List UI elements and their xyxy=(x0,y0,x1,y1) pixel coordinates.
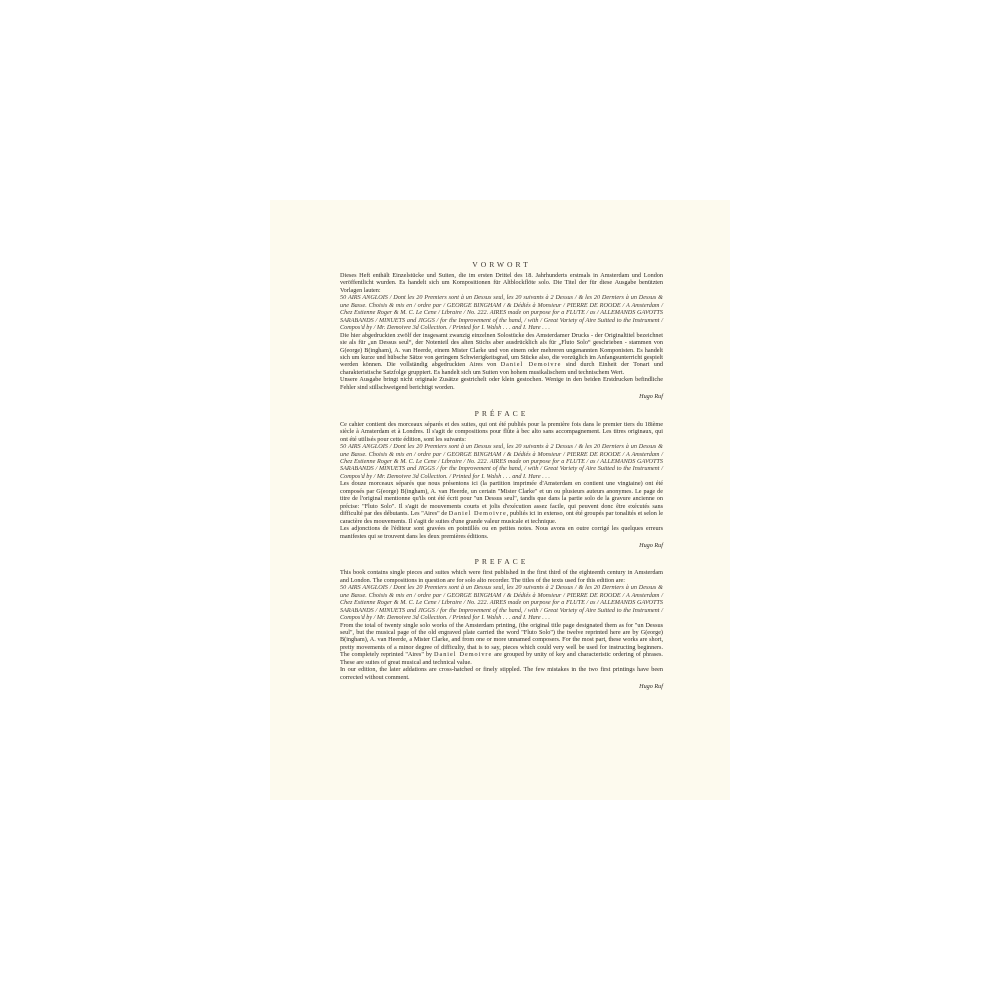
section-preface-en: PREFACE This book contains single pieces… xyxy=(340,557,663,690)
original-titles: 50 AIRS ANGLOIS / Dont les 20 Premiers s… xyxy=(340,443,663,480)
signature: Hugo Ruf xyxy=(340,542,663,549)
original-titles: 50 AIRS ANGLOIS / Dont les 20 Premiers s… xyxy=(340,584,663,621)
intro-paragraph: This book contains single pieces and sui… xyxy=(340,569,663,584)
body-paragraph: Les douze morceaux séparés que nous prés… xyxy=(340,480,663,525)
composer-name: Daniel Demoivre xyxy=(449,510,507,517)
body-paragraph: From the total of twenty single solo wor… xyxy=(340,622,663,667)
signature: Hugo Ruf xyxy=(340,683,663,690)
signature: Hugo Ruf xyxy=(340,393,663,400)
intro-paragraph: Dieses Heft enthält Einzelstücke und Sui… xyxy=(340,272,663,294)
text-block: VORWORT Dieses Heft enthält Einzelstücke… xyxy=(340,260,663,699)
closing-paragraph: Les adjonctions de l'éditeur sont gravée… xyxy=(340,525,663,540)
section-preface-fr: PRÉFACE Ce cahier contient des morceaux … xyxy=(340,409,663,550)
closing-paragraph: Unsere Ausgabe bringt nicht originale Zu… xyxy=(340,376,663,391)
section-heading: VORWORT xyxy=(340,260,663,269)
composer-name: Daniel Demoivre xyxy=(501,361,562,368)
closing-paragraph: In our edition, the later addations are … xyxy=(340,666,663,681)
body-paragraph: Die hier abgedruckten zwölf der insgesam… xyxy=(340,332,663,377)
intro-paragraph: Ce cahier contient des morceaux séparés … xyxy=(340,421,663,443)
section-heading: PRÉFACE xyxy=(340,409,663,418)
document-page: VORWORT Dieses Heft enthält Einzelstücke… xyxy=(270,200,730,800)
composer-name: Daniel Demoivre xyxy=(434,651,492,658)
section-heading: PREFACE xyxy=(340,557,663,566)
original-titles: 50 AIRS ANGLOIS / Dont les 20 Premiers s… xyxy=(340,294,663,331)
section-vorwort: VORWORT Dieses Heft enthält Einzelstücke… xyxy=(340,260,663,401)
